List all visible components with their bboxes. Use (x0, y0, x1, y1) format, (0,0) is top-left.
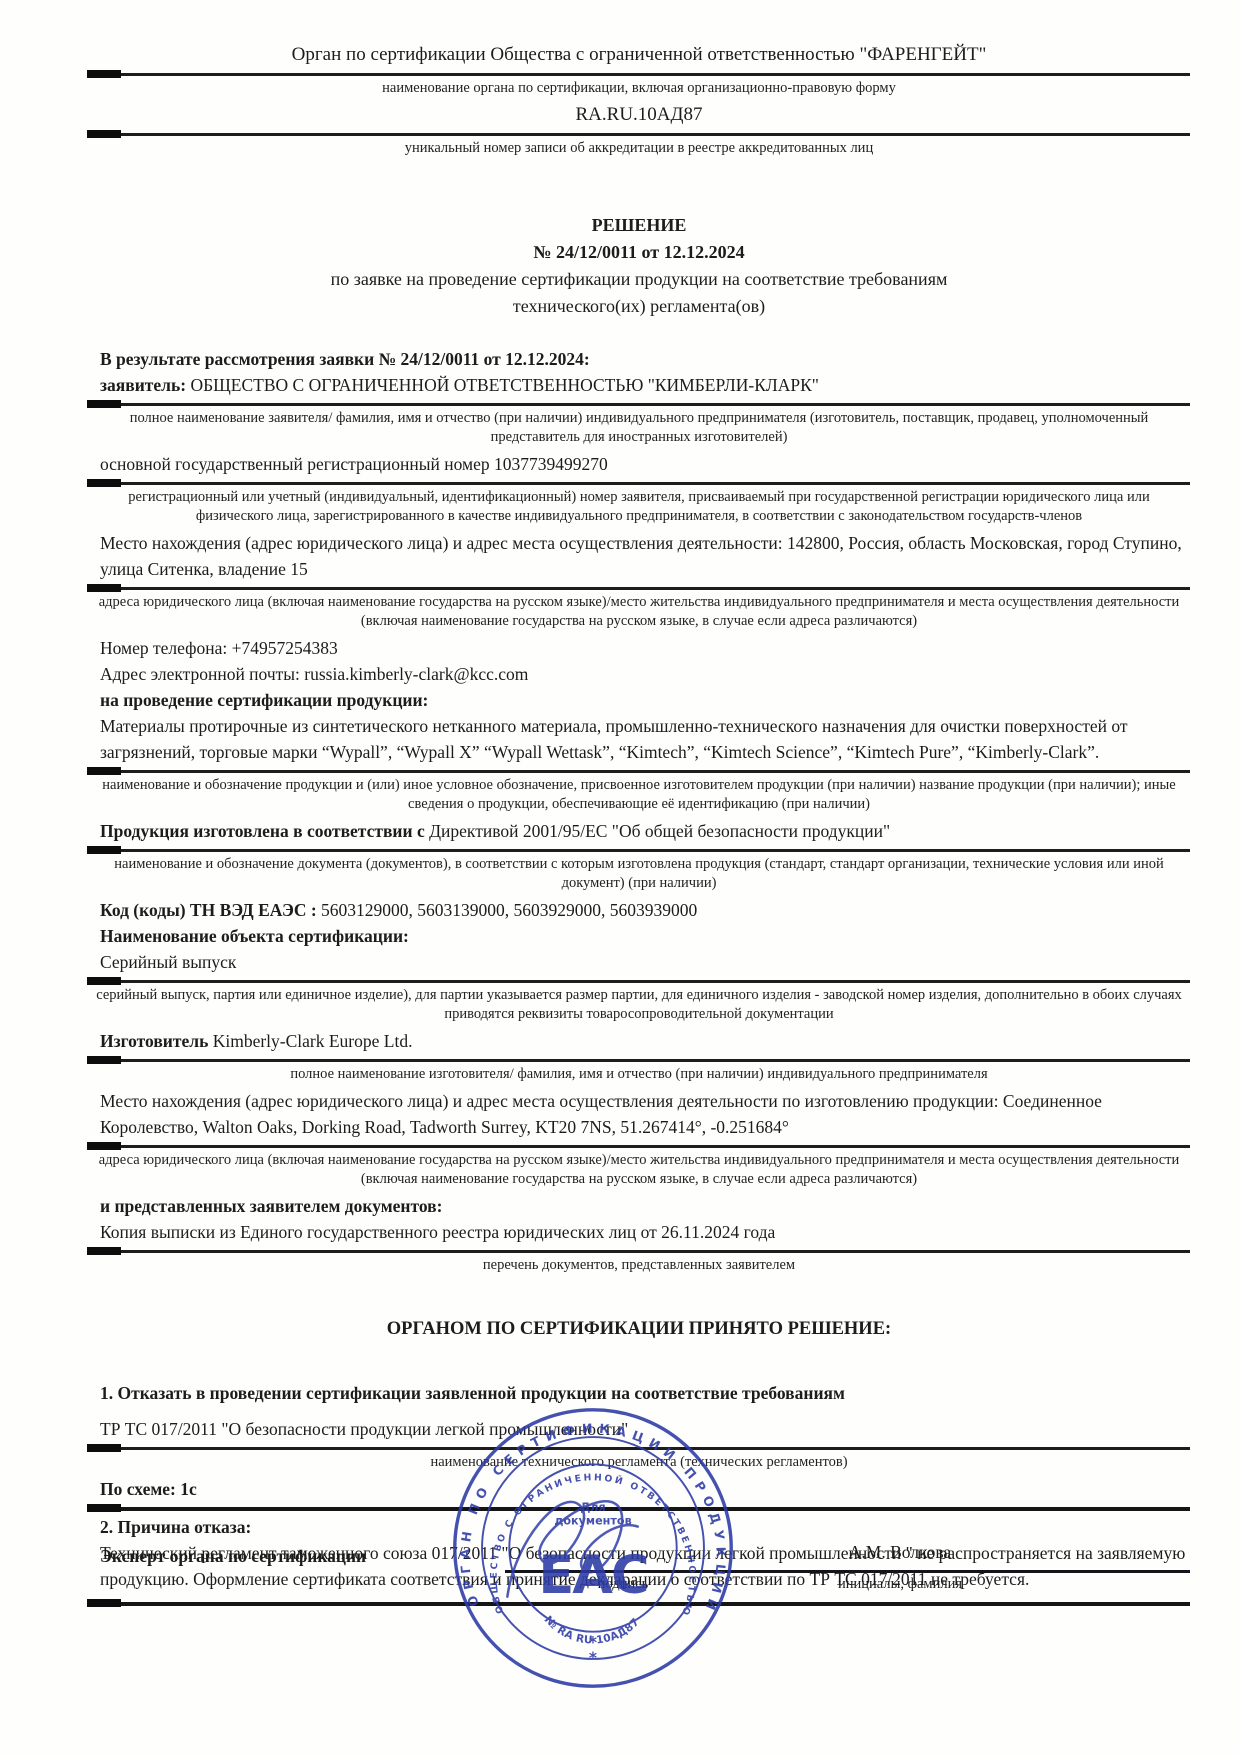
divider (88, 1250, 1190, 1253)
ogrn-caption: регистрационный или учетный (индивидуаль… (88, 488, 1190, 526)
phone-line: Номер телефона: +74957254383 (88, 635, 1190, 661)
accordance-label: Продукция изготовлена в соответствии с (100, 821, 425, 841)
regulation-caption: наименование технического регламента (те… (88, 1453, 1190, 1472)
document-subtitle-line2: технического(их) регламента(ов) (88, 293, 1190, 320)
signature-block: Эксперт органа по сертификации подпись А… (0, 1536, 1240, 1656)
manufacturer-value: Kimberly-Clark Europe Ltd. (208, 1031, 412, 1051)
divider (88, 73, 1190, 76)
manufacturer-address: Место нахождения (адрес юридического лиц… (88, 1088, 1190, 1140)
divider (88, 1145, 1190, 1148)
object-value: Серийный выпуск (88, 949, 1190, 975)
divider (88, 133, 1190, 136)
document-page: Орган по сертификации Общества с огранич… (0, 0, 1240, 1754)
applicant-address-caption: адреса юридического лица (включая наимен… (88, 593, 1190, 631)
document-title: РЕШЕНИЕ (88, 212, 1190, 239)
applicant-caption: полное наименование заявителя/ фамилия, … (88, 409, 1190, 447)
accordance-caption: наименование и обозначение документа (до… (88, 855, 1190, 893)
tnved-line: Код (коды) ТН ВЭД ЕАЭС : 5603129000, 560… (88, 897, 1190, 923)
divider (88, 1059, 1190, 1062)
divider (88, 482, 1190, 485)
tnved-value: 5603129000, 5603139000, 5603929000, 5603… (317, 900, 698, 920)
manufacturer-line: Изготовитель Kimberly-Clark Europe Ltd. (88, 1028, 1190, 1054)
signature-line (505, 1570, 1190, 1573)
email-line: Адрес электронной почты: russia.kimberly… (88, 661, 1190, 687)
manufacturer-label: Изготовитель (100, 1031, 208, 1051)
regulation-line: ТР ТС 017/2011 "О безопасности продукции… (88, 1416, 1190, 1442)
expert-label: Эксперт органа по сертификации (100, 1546, 366, 1567)
document-number: № 24/12/0011 от 12.12.2024 (88, 239, 1190, 266)
accreditation-number: RA.RU.10АД87 (88, 102, 1190, 128)
manufacturer-caption: полное наименование изготовителя/ фамили… (88, 1065, 1190, 1084)
decision-heading: ОРГАНОМ ПО СЕРТИФИКАЦИИ ПРИНЯТО РЕШЕНИЕ: (88, 1319, 1190, 1340)
manufacturer-address-caption: адреса юридического лица (включая наимен… (88, 1151, 1190, 1189)
accordance-value: Директивой 2001/95/ЕС "Об общей безопасн… (425, 821, 890, 841)
object-caption: серийный выпуск, партия или единичное из… (88, 986, 1190, 1024)
divider (88, 403, 1190, 406)
applicant-address: Место нахождения (адрес юридического лиц… (88, 530, 1190, 582)
tnved-label: Код (коды) ТН ВЭД ЕАЭС : (100, 900, 317, 920)
object-heading: Наименование объекта сертификации: (88, 923, 1190, 949)
document-subtitle-line1: по заявке на проведение сертификации про… (88, 266, 1190, 293)
product-description: Материалы протирочные из синтетического … (88, 713, 1190, 765)
documents-heading: и представленных заявителем документов: (88, 1193, 1190, 1219)
divider (88, 980, 1190, 983)
divider (88, 770, 1190, 773)
spacer (88, 1406, 1190, 1416)
documents-caption: перечень документов, представленных заяв… (88, 1256, 1190, 1275)
divider (88, 849, 1190, 852)
certification-body-caption: наименование органа по сертификации, вкл… (88, 79, 1190, 98)
divider (88, 1447, 1190, 1450)
accordance-line: Продукция изготовлена в соответствии с Д… (88, 818, 1190, 844)
documents-value: Копия выписки из Единого государственног… (88, 1219, 1190, 1245)
scheme-line: По схеме: 1с (88, 1476, 1190, 1502)
signature-caption: подпись (548, 1576, 698, 1593)
applicant-label: заявитель: (100, 375, 186, 395)
applicant-line: заявитель: ОБЩЕСТВО С ОГРАНИЧЕННОЙ ОТВЕТ… (88, 372, 1190, 398)
divider (88, 587, 1190, 590)
expert-name-caption: инициалы, фамилия (760, 1576, 1040, 1593)
expert-name: А.М. Волкова (760, 1542, 1040, 1563)
accreditation-caption: уникальный номер записи об аккредитации … (88, 139, 1190, 158)
title-block: РЕШЕНИЕ № 24/12/0011 от 12.12.2024 по за… (88, 212, 1190, 320)
certification-heading: на проведение сертификации продукции: (88, 687, 1190, 713)
applicant-value: ОБЩЕСТВО С ОГРАНИЧЕННОЙ ОТВЕТСТВЕННОСТЬЮ… (190, 375, 819, 395)
review-line: В результате рассмотрения заявки № 24/12… (88, 346, 1190, 372)
decision-item1: 1. Отказать в проведении сертификации за… (88, 1380, 1190, 1406)
product-caption: наименование и обозначение продукции и (… (88, 776, 1190, 814)
document-content: Орган по сертификации Общества с огранич… (0, 0, 1240, 1606)
certification-body-name: Орган по сертификации Общества с огранич… (88, 42, 1190, 68)
divider (88, 1507, 1190, 1511)
ogrn-line: основной государственный регистрационный… (88, 451, 1190, 477)
